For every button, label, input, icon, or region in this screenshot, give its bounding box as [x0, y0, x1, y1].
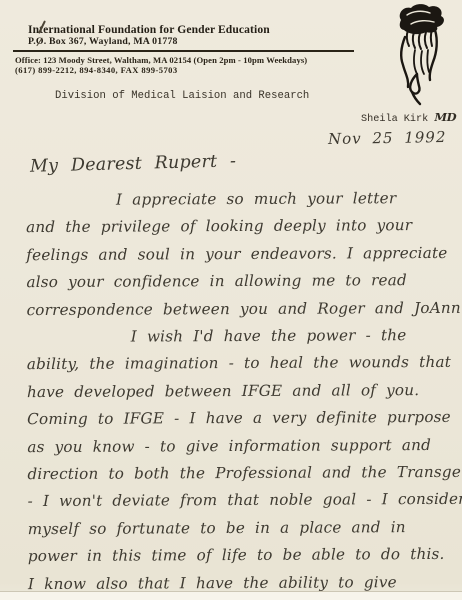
scan-bottom-edge	[0, 591, 462, 600]
letterhead-divider	[13, 50, 354, 52]
salutation: My Dearest Rupert -	[30, 151, 237, 176]
letter-page: International Foundation for Gender Educ…	[0, 0, 462, 600]
phone-fax-line: (617) 899-2212, 894-8340, FAX 899-5703	[15, 65, 178, 75]
letter-line: myself so fortunate to be in a place and…	[28, 514, 446, 544]
letter-line: - I won't deviate from that noble goal -…	[28, 486, 446, 516]
letter-line: power in this time of life to be able to…	[28, 541, 446, 571]
signatory-name: Sheila Kirk MD	[361, 110, 456, 125]
office-address: Office: 123 Moody Street, Waltham, MA 02…	[15, 55, 307, 65]
letter-line: Coming to IFGE - I have a very definite …	[27, 404, 445, 434]
org-name: International Foundation for Gender Educ…	[28, 23, 270, 36]
letter-line: ability, the imagination - to heal the w…	[27, 349, 445, 379]
letter-body: I appreciate so much your letter and the…	[26, 185, 446, 598]
letter-date: Nov 25 1992	[328, 128, 447, 148]
division-line: Division of Medical Laision and Research	[55, 90, 309, 102]
letter-line: I wish I'd have the power - the	[27, 322, 445, 352]
org-address: P.O. Box 367, Wayland, MA 01778	[28, 36, 178, 47]
letter-line: feelings and soul in your endeavors. I a…	[26, 240, 444, 270]
signatory-typed-name: Sheila Kirk	[361, 114, 428, 125]
letter-line: as you know - to give information suppor…	[27, 432, 445, 462]
letter-line: have developed between IFGE and all of y…	[27, 377, 445, 407]
letter-line: I appreciate so much your letter	[26, 185, 444, 215]
letter-line: also your confidence in allowing me to r…	[26, 267, 444, 297]
hands-face-logo-icon	[391, 3, 449, 111]
hands-face-logo-graphic	[391, 3, 449, 106]
letter-line: direction to both the Professional and t…	[27, 459, 445, 489]
letter-line: correspondence between you and Roger and…	[27, 295, 445, 325]
signatory-credential: MD	[434, 110, 456, 124]
letter-line: and the privilege of looking deeply into…	[26, 212, 444, 242]
